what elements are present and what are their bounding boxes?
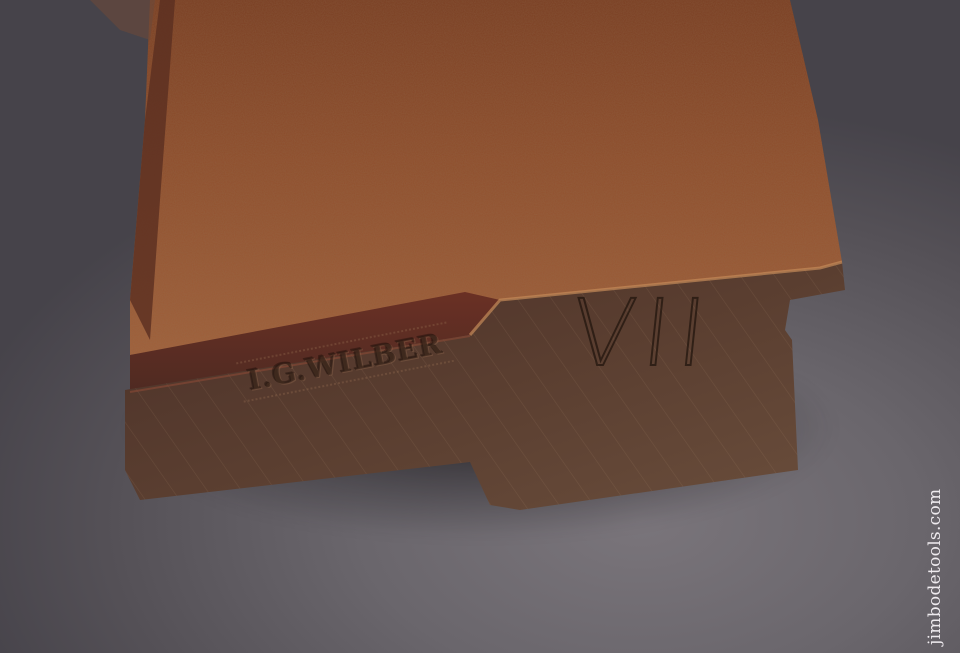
watermark: jimbodetools.com [925, 489, 945, 645]
carved-roman-numeral: VII [566, 280, 718, 387]
molding-plane-photo [0, 0, 960, 653]
